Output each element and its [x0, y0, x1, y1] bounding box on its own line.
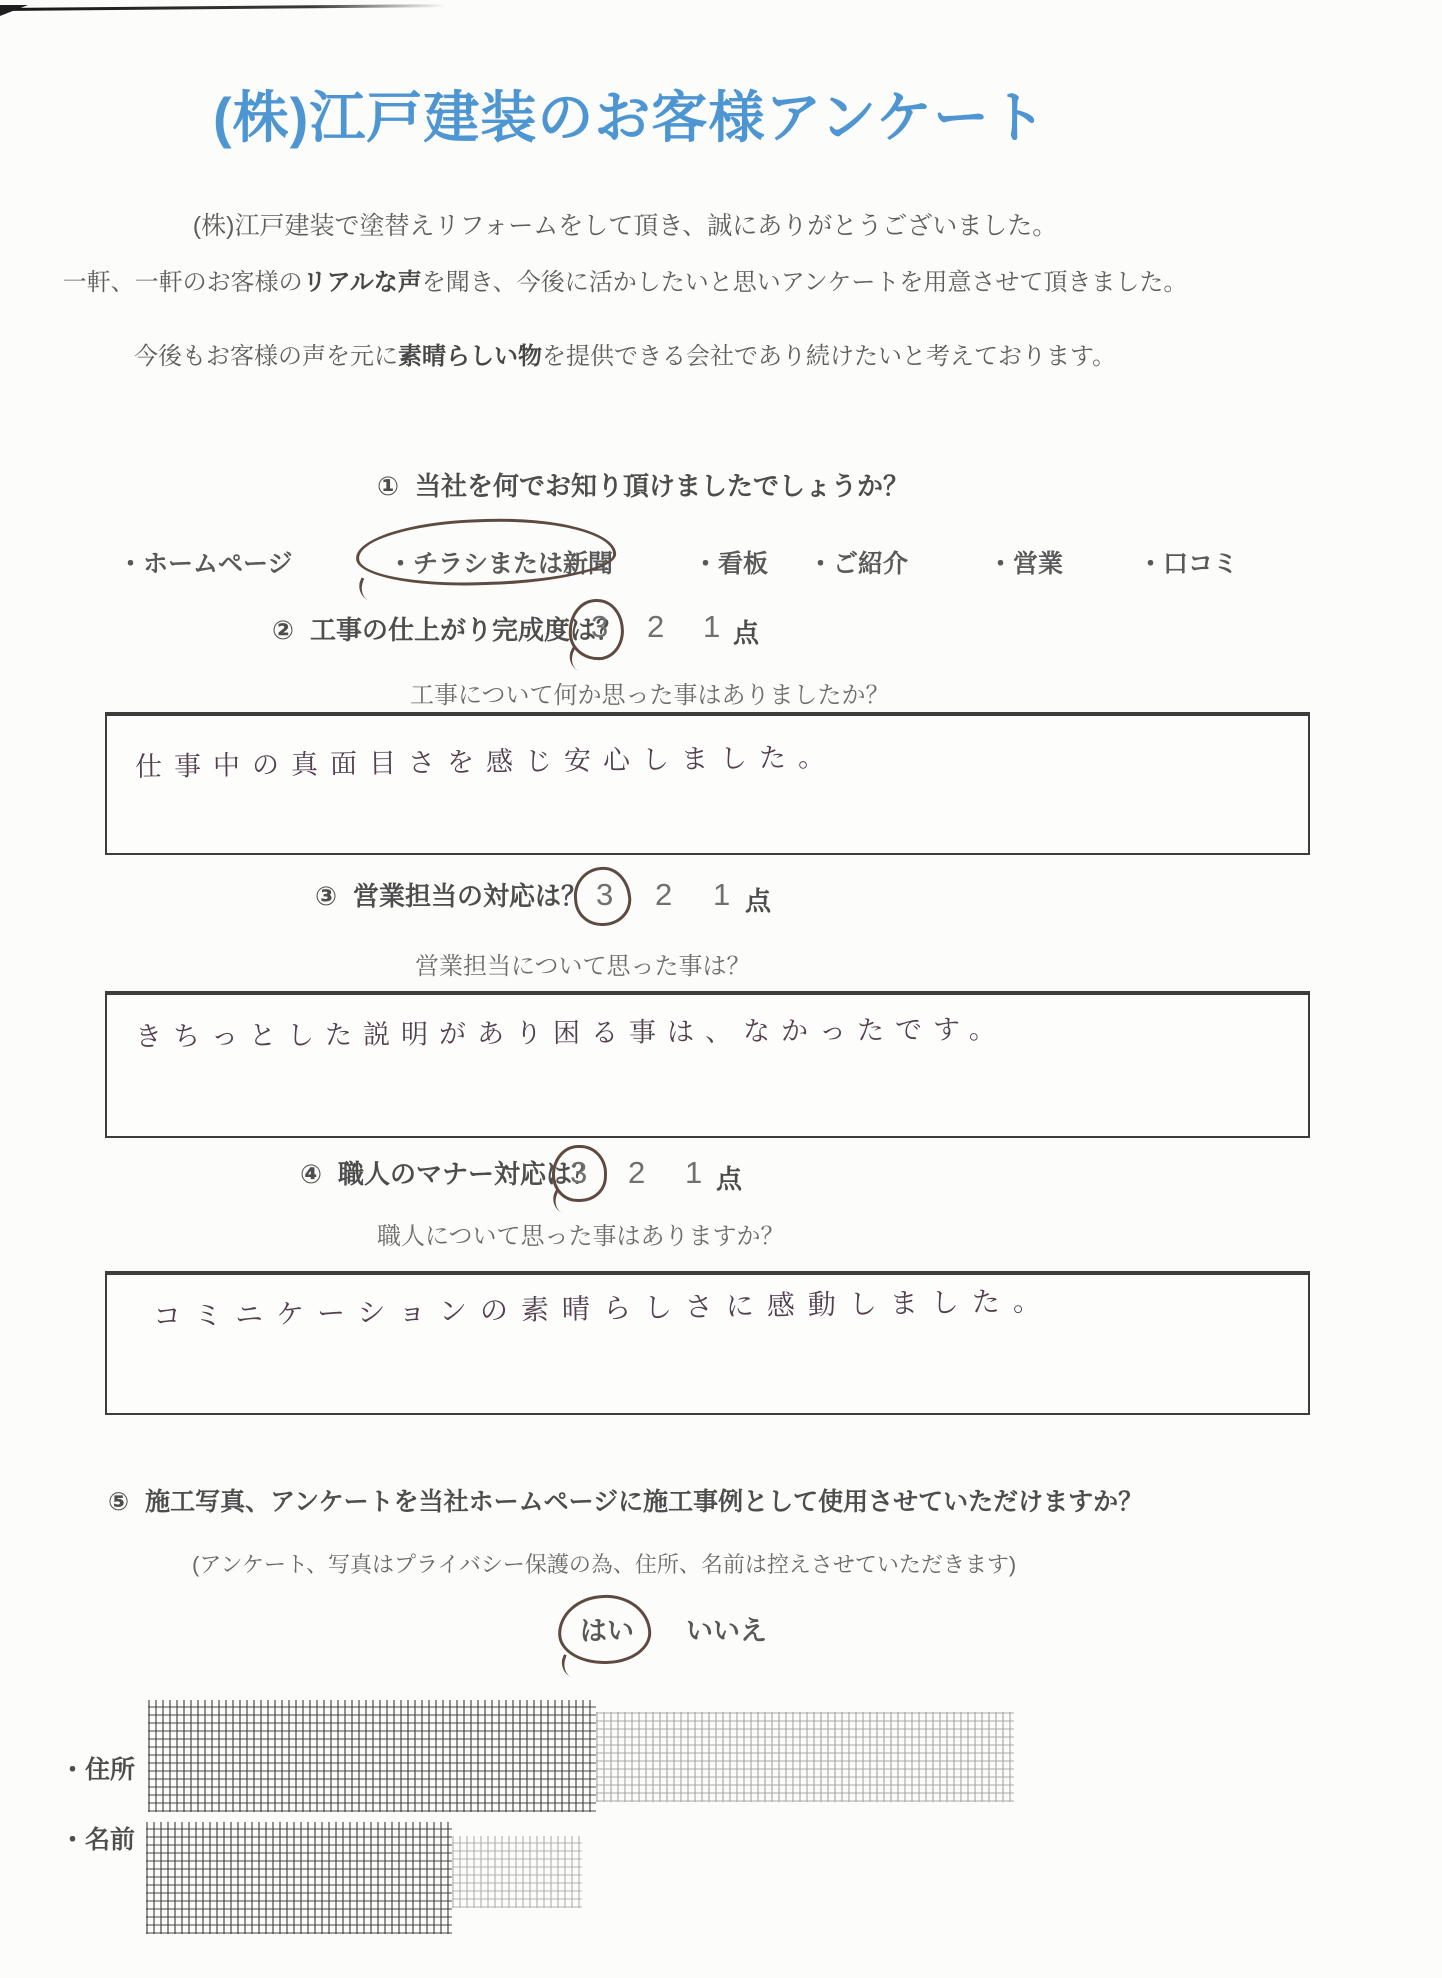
q5-heading: ⑤施工写真、アンケートを当社ホームページに施工事例として使用させていただけますか…	[108, 1482, 1143, 1518]
page-title: (株)江戸建装のお客様アンケート	[30, 74, 1230, 154]
q3-score-1: 1	[713, 877, 730, 913]
name-label: ・名前	[60, 1820, 135, 1856]
q4-score-1: 1	[685, 1155, 702, 1191]
q1-option-eigyou: ・営業	[988, 544, 1063, 580]
intro-line-3-bold: 素晴らしい物	[398, 343, 542, 370]
intro-line-3: 今後もお客様の声を元に素晴らしい物を提供できる会社であり続けたいと考えております…	[30, 336, 1220, 371]
scanned-survey-page: (株)江戸建装のお客様アンケート (株)江戸建装で塗替えリフォームをして頂き、誠…	[0, 0, 1442, 1978]
intro-line-3-post: を提供できる会社であり続けたいと考えております。	[542, 343, 1116, 370]
q1-option-goshoukai: ・ご紹介	[808, 544, 908, 580]
q1-option-kanban: ・看板	[693, 544, 768, 580]
handdrawn-circle-q4	[551, 1144, 608, 1203]
q2-number: ②	[272, 615, 294, 645]
q1-option-homepage: ・ホームページ	[118, 544, 293, 580]
q3-followup: 営業担当について思った事は？	[415, 946, 751, 981]
q3-number: ③	[315, 881, 337, 911]
intro-line-2-pre: 一軒、一軒のお客様の	[63, 269, 303, 296]
q4-handwritten-answer: コミニケーションの素晴らしさに感動しました。	[153, 1279, 1054, 1335]
name-redacted-block	[146, 1822, 452, 1934]
intro-line-2-post: を聞き、今後に活かしたいと思いアンケートを用意させて頂きました。	[422, 269, 1188, 296]
scan-artifact-corner	[0, 5, 28, 16]
q4-number: ④	[300, 1159, 322, 1189]
q2-answer-box: 仕事中の真面目さを感じ安心しました。	[105, 712, 1310, 855]
q2-score-unit: 点	[733, 613, 759, 650]
q1-option-kuchikomi: ・口コミ	[1138, 544, 1238, 580]
handdrawn-circle-q3	[572, 865, 633, 928]
q4-score-unit: 点	[716, 1159, 742, 1196]
q3-score-unit: 点	[745, 881, 771, 918]
q5-question: 施工写真、アンケートを当社ホームページに施工事例として使用させていただけますか？	[145, 1488, 1143, 1516]
q3-answer-box: きちっとした説明があり困る事は、なかったです。	[105, 991, 1310, 1138]
q5-number: ⑤	[108, 1488, 129, 1516]
q1-number: ①	[377, 471, 399, 501]
q3-question: 営業担当の対応は？	[353, 881, 587, 911]
q4-answer-box: コミニケーションの素晴らしさに感動しました。	[105, 1271, 1310, 1415]
q2-followup: 工事について何か思った事はありましたか？	[410, 675, 890, 710]
intro-line-2-bold: リアルな声	[303, 269, 422, 296]
q3-heading: ③営業担当の対応は？	[315, 876, 587, 913]
handdrawn-circle-q2	[567, 598, 625, 662]
q2-score-1: 1	[703, 609, 720, 645]
intro-line-3-pre: 今後もお客様の声を元に	[134, 343, 398, 370]
address-redacted-block	[148, 1700, 596, 1812]
intro-line-2: 一軒、一軒のお客様のリアルな声を聞き、今後に活かしたいと思いアンケートを用意させ…	[30, 262, 1220, 297]
scan-artifact-line	[0, 4, 446, 11]
q3-handwritten-answer: きちっとした説明があり困る事は、なかったです。	[135, 1007, 1007, 1054]
handdrawn-circle-q5	[556, 1593, 652, 1667]
address-redacted-block-tail	[596, 1712, 1014, 1802]
q2-handwritten-answer: 仕事中の真面目さを感じ安心しました。	[135, 735, 837, 784]
name-redacted-block-tail	[452, 1836, 582, 1908]
q5-option-no: いいえ	[686, 1609, 767, 1648]
q1-heading: ①当社を何でお知り頂けましたでしょうか？	[377, 466, 909, 503]
q3-score-2: 2	[655, 877, 672, 913]
q4-followup: 職人について思った事はありますか？	[377, 1216, 785, 1251]
address-label: ・住所	[60, 1750, 135, 1786]
q2-score-2: 2	[647, 609, 664, 645]
q4-score-2: 2	[628, 1155, 645, 1191]
q1-question: 当社を何でお知り頂けましたでしょうか？	[415, 471, 909, 501]
q5-privacy-note: (アンケート、写真はプライバシー保護の為、住所、名前は控えさせていただきます)	[192, 1548, 1016, 1579]
intro-line-1: (株)江戸建装で塗替えリフォームをして頂き、誠にありがとうございました。	[30, 206, 1220, 242]
